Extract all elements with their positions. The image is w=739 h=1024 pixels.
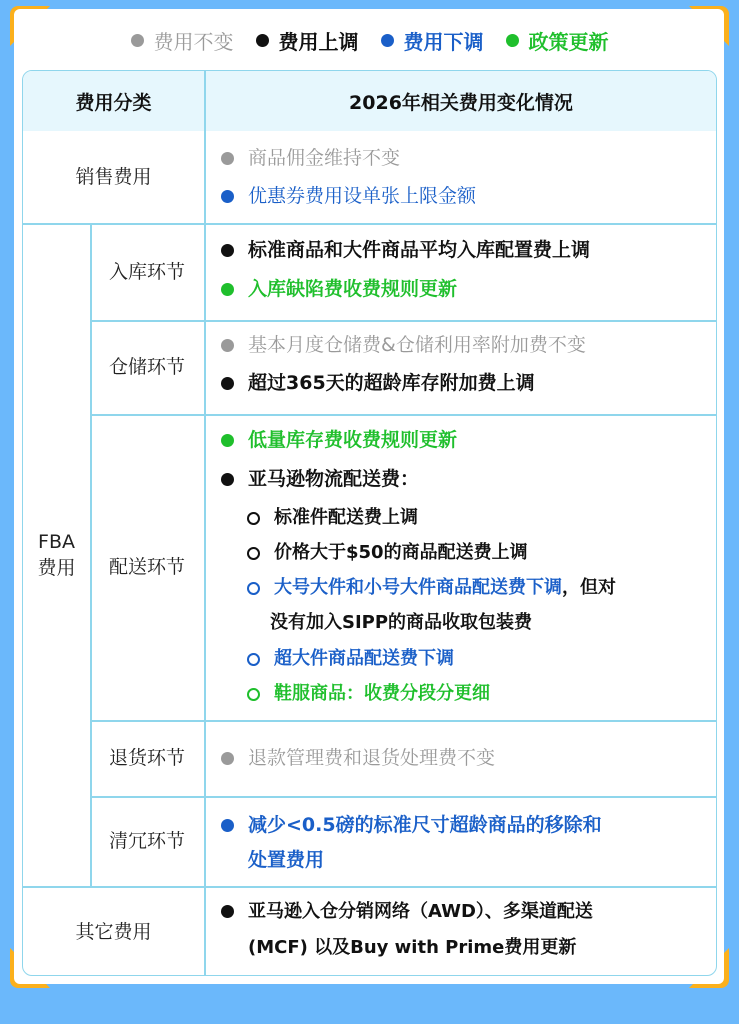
item-text: 亚马逊物流配送费：	[248, 462, 419, 497]
list-item: 商品佣金维持不变	[221, 141, 400, 176]
item-text: 鞋服商品：收费分段分更细	[274, 676, 490, 711]
blue-dot-icon	[221, 819, 234, 832]
item-text: 标准商品和大件商品平均入库配置费上调	[248, 233, 590, 268]
black-dot-icon	[221, 377, 234, 390]
category-fba-line1: FBA	[38, 529, 75, 555]
stage-inbound: 入库环节	[90, 223, 204, 320]
item-text: 亚马逊入仓分销网络（AWD）、多渠道配送	[248, 894, 593, 929]
legend-item-increase: 费用上调	[256, 26, 359, 55]
list-item: 优惠券费用设单张上限金额	[221, 179, 476, 214]
legend-item-unchanged: 费用不变	[131, 26, 234, 55]
list-item-continuation: 处置费用	[248, 843, 324, 878]
blue-dot-icon	[381, 34, 394, 47]
item-text: 低量库存费收费规则更新	[248, 423, 457, 458]
legend-label: 费用下调	[404, 26, 484, 55]
item-text: 标准件配送费上调	[274, 500, 418, 535]
list-item: 标准商品和大件商品平均入库配置费上调	[221, 233, 590, 268]
list-item: 退款管理费和退货处理费不变	[221, 741, 495, 776]
item-text: 超过365天的超龄库存附加费上调	[248, 366, 535, 401]
ring-bullet-icon	[247, 582, 260, 595]
legend: 费用不变 费用上调 费用下调 政策更新	[0, 26, 739, 55]
sub-list-item: 超大件商品配送费下调	[247, 641, 454, 676]
list-item: 基本月度仓储费&仓储利用率附加费不变	[221, 328, 586, 363]
green-dot-icon	[221, 434, 234, 447]
sub-list-item: 大号大件和小号大件商品配送费下调，但对	[247, 570, 616, 605]
list-item: 超过365天的超龄库存附加费上调	[221, 366, 535, 401]
list-item-continuation: (MCF) 以及Buy with Prime费用更新	[248, 930, 576, 965]
category-other: 其它费用	[23, 886, 204, 976]
gray-dot-icon	[221, 152, 234, 165]
ring-bullet-icon	[247, 547, 260, 560]
list-item: 亚马逊入仓分销网络（AWD）、多渠道配送	[221, 894, 593, 929]
category-fba-line2: 费用	[37, 555, 75, 581]
header-changes: 2026年相关费用变化情况	[204, 71, 717, 131]
list-item: 入库缺陷费收费规则更新	[221, 272, 457, 307]
legend-label: 费用上调	[279, 26, 359, 55]
item-text: 超大件商品配送费下调	[274, 641, 454, 676]
item-text: 退款管理费和退货处理费不变	[248, 741, 495, 776]
stage-removal: 清冗环节	[90, 796, 204, 886]
green-dot-icon	[506, 34, 519, 47]
legend-label: 政策更新	[529, 26, 609, 55]
column-divider	[204, 71, 206, 976]
list-item: 减少<0.5磅的标准尺寸超龄商品的移除和	[221, 808, 602, 843]
fee-changes-table: 费用分类 2026年相关费用变化情况 销售费用 商品佣金维持不变 优惠券费用设单…	[22, 70, 717, 976]
blue-dot-icon	[221, 190, 234, 203]
black-dot-icon	[221, 473, 234, 486]
gray-dot-icon	[221, 339, 234, 352]
green-dot-icon	[221, 283, 234, 296]
legend-item-policy: 政策更新	[506, 26, 609, 55]
ring-bullet-icon	[247, 653, 260, 666]
black-dot-icon	[256, 34, 269, 47]
black-dot-icon	[221, 244, 234, 257]
ring-bullet-icon	[247, 688, 260, 701]
header-category: 费用分类	[23, 71, 204, 131]
category-sales: 销售费用	[23, 131, 204, 223]
item-text: 商品佣金维持不变	[248, 141, 400, 176]
item-text-suffix: ，但对	[562, 577, 616, 598]
item-text: 价格大于$50的商品配送费上调	[274, 535, 528, 570]
list-item: 亚马逊物流配送费：	[221, 462, 419, 497]
sub-list-item-continuation: 没有加入SIPP的商品收取包装费	[270, 605, 532, 640]
stage-returns: 退货环节	[90, 720, 204, 796]
ring-bullet-icon	[247, 512, 260, 525]
stage-storage: 仓储环节	[90, 320, 204, 414]
gray-dot-icon	[221, 752, 234, 765]
category-fba: FBA 费用	[23, 223, 90, 887]
item-text: 优惠券费用设单张上限金额	[248, 179, 476, 214]
black-dot-icon	[221, 905, 234, 918]
stage-delivery: 配送环节	[90, 414, 204, 720]
sub-list-item: 价格大于$50的商品配送费上调	[247, 535, 528, 570]
item-text: 大号大件和小号大件商品配送费下调	[274, 577, 562, 598]
item-text: 入库缺陷费收费规则更新	[248, 272, 457, 307]
item-text: 基本月度仓储费&仓储利用率附加费不变	[248, 328, 586, 363]
list-item: 低量库存费收费规则更新	[221, 423, 457, 458]
sub-list-item: 标准件配送费上调	[247, 500, 418, 535]
item-text: 减少<0.5磅的标准尺寸超龄商品的移除和	[248, 808, 602, 843]
gray-dot-icon	[131, 34, 144, 47]
legend-label: 费用不变	[154, 26, 234, 55]
sub-list-item: 鞋服商品：收费分段分更细	[247, 676, 490, 711]
legend-item-decrease: 费用下调	[381, 26, 484, 55]
